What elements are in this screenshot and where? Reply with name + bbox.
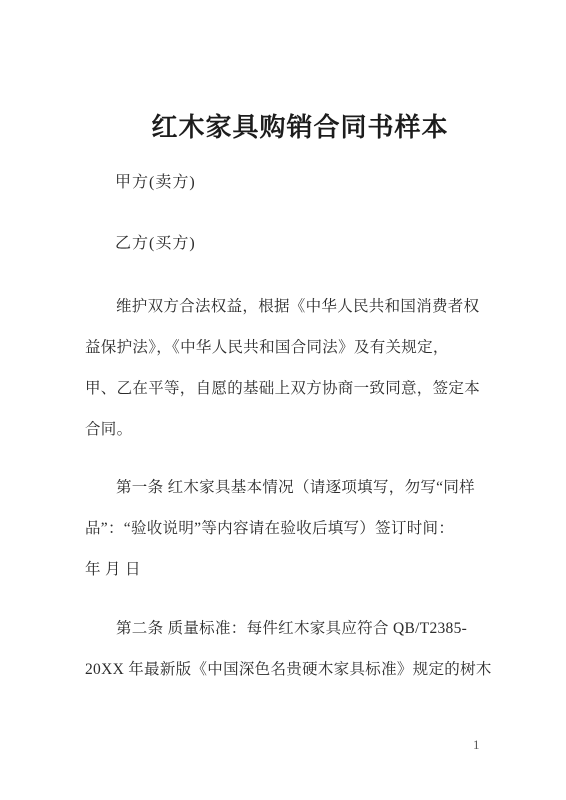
intro-paragraph: 维护双方合法权益，根据《中华人民共和国消费者权 益保护法》，《中华人民共和国合同… <box>85 286 480 450</box>
intro-line: 甲、乙在平等，自愿的基础上双方协商一致同意，签定本 <box>85 368 480 409</box>
document-title: 红木家具购销合同书样本 <box>34 112 566 142</box>
article-1-line: 年 月 日 <box>85 549 475 590</box>
contract-document-page: 红木家具购销合同书样本 甲方(卖方) 乙方(买方) 维护双方合法权益，根据《中华… <box>0 0 566 800</box>
article-2-paragraph: 第二条 质量标准：每件红木家具应符合 QB/T2385- 20XX 年最新版《中… <box>85 608 492 690</box>
article-1-line: 第一条 红木家具基本情况（请逐项填写，勿写“同样 <box>85 467 475 508</box>
article-2-line: 第二条 质量标准：每件红木家具应符合 QB/T2385- <box>85 608 492 649</box>
intro-line: 维护双方合法权益，根据《中华人民共和国消费者权 <box>85 286 480 327</box>
article-1-line: 品”：“验收说明”等内容请在验收后填写）签订时间： <box>85 508 475 549</box>
party-b-buyer-line: 乙方(买方) <box>115 234 196 254</box>
article-2-line: 20XX 年最新版《中国深色名贵硬木家具标准》规定的树木 <box>85 649 492 690</box>
intro-line: 合同。 <box>85 409 480 450</box>
intro-line: 益保护法》，《中华人民共和国合同法》及有关规定， <box>85 327 480 368</box>
article-1-paragraph: 第一条 红木家具基本情况（请逐项填写，勿写“同样 品”：“验收说明”等内容请在验… <box>85 467 475 590</box>
party-a-seller-line: 甲方(卖方) <box>115 173 196 193</box>
page-number: 1 <box>473 737 480 753</box>
